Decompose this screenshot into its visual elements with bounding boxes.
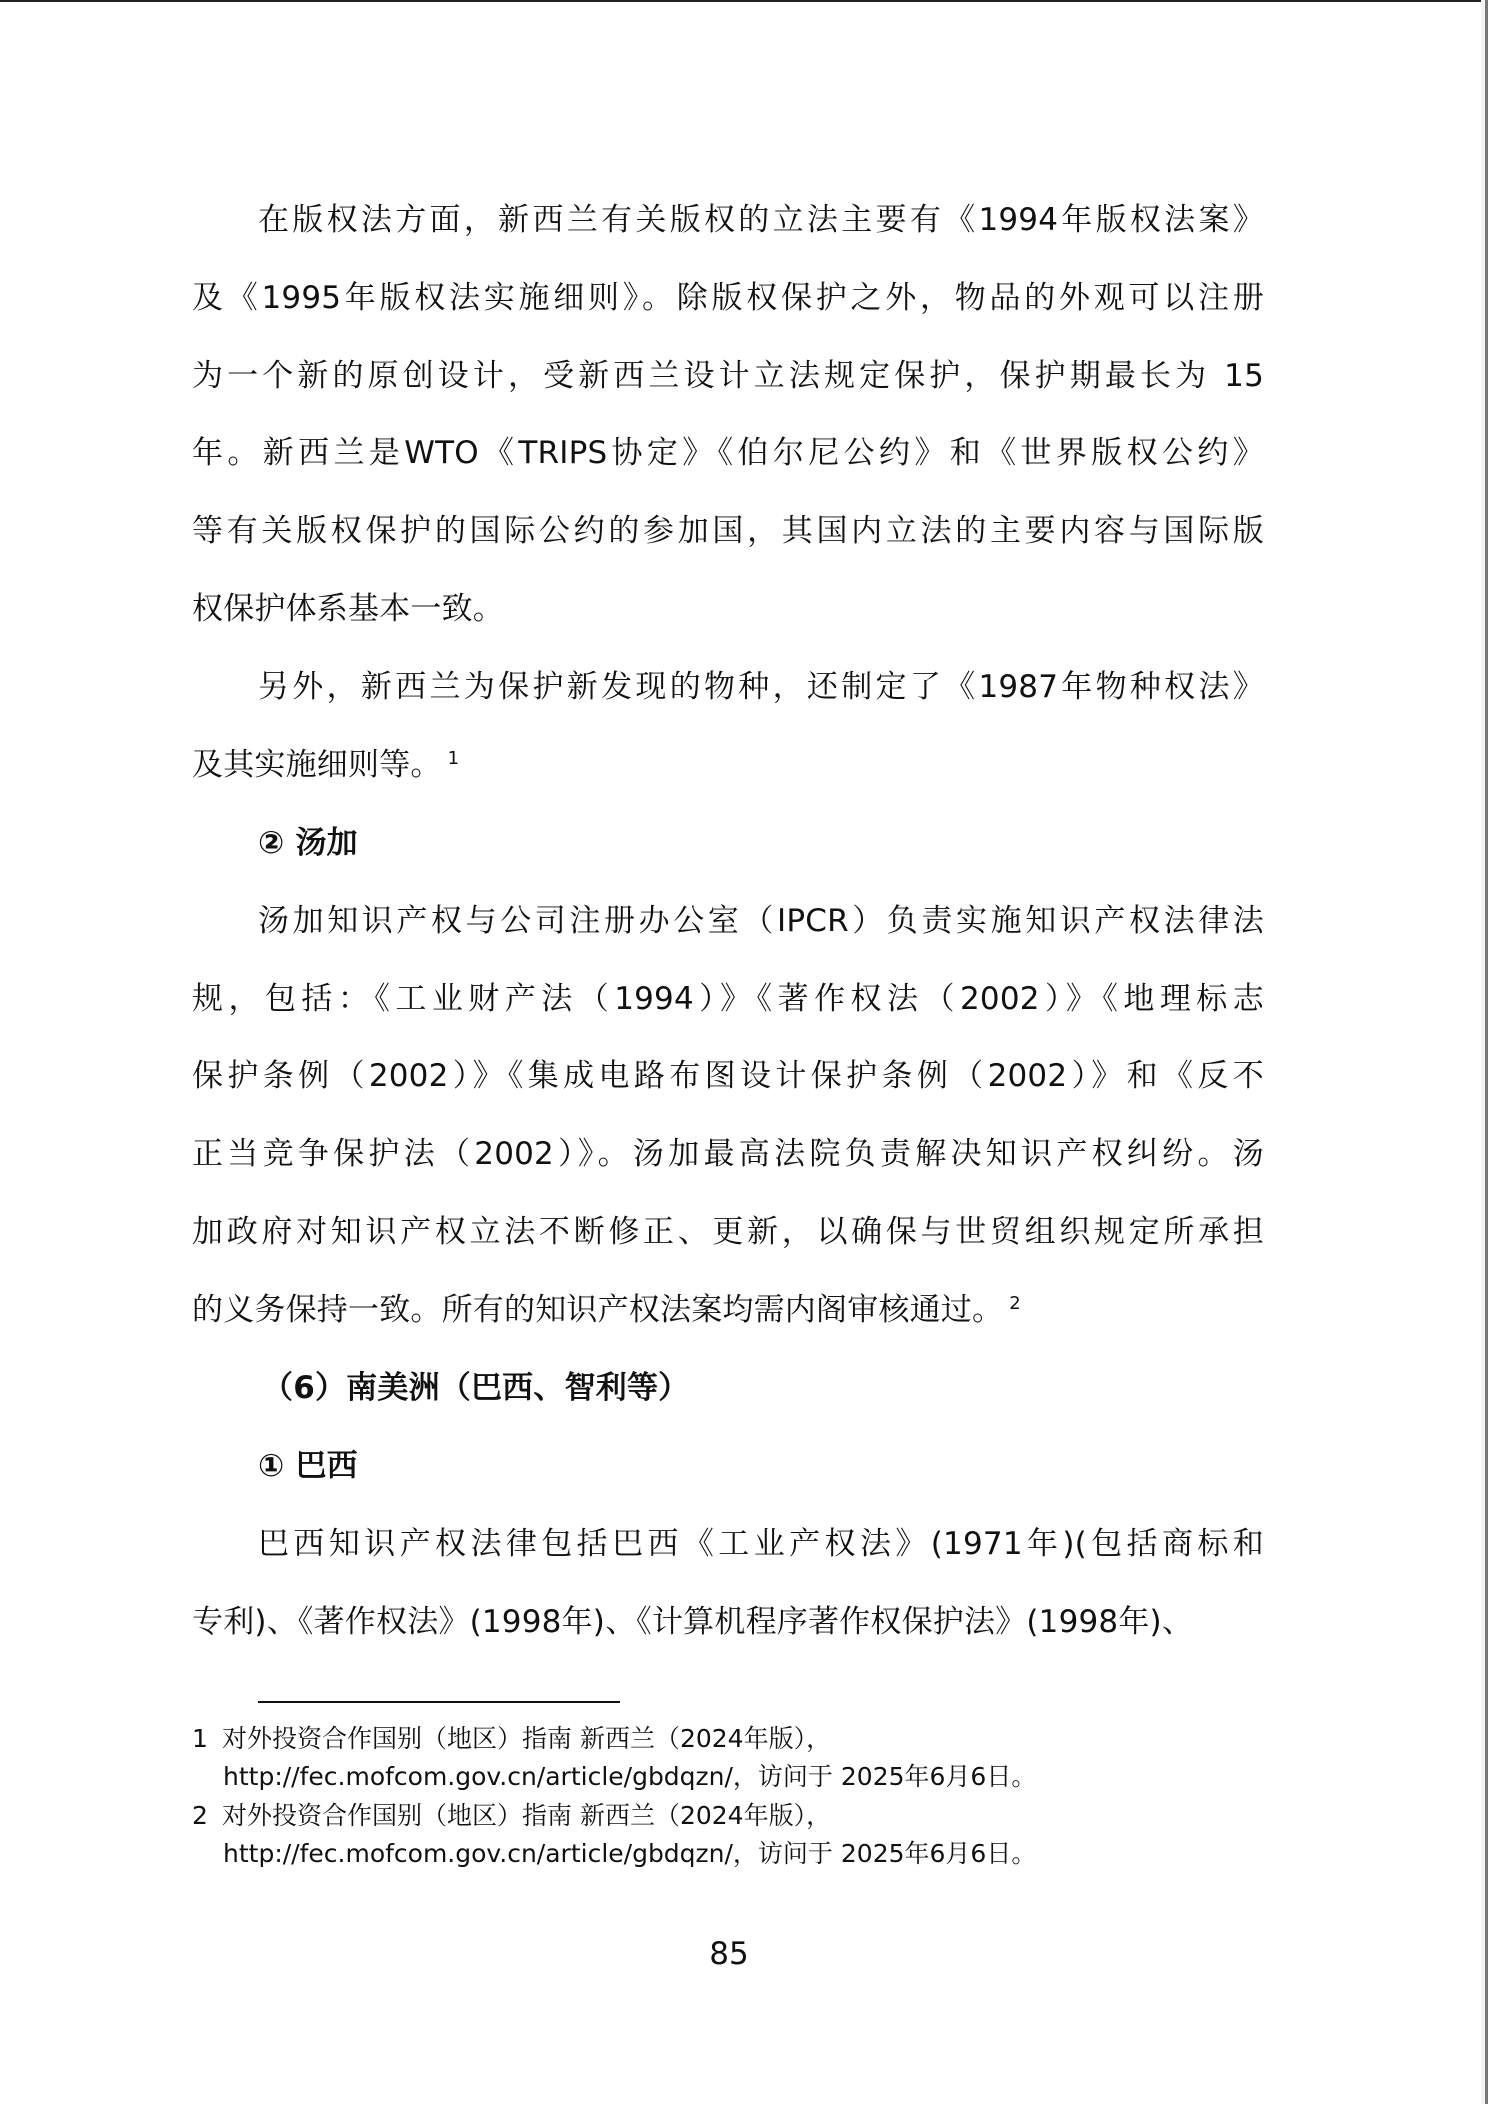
section-heading-south-america: （6）南美洲（巴西、智利等） [262,1368,1334,1408]
footnote-1: 1对外投资合作国别（地区）指南 新西兰（2024年版）， [192,1724,831,1754]
text-line: 另外，新西兰为保护新发现的物种，还制定了《1987年物种权法》 [258,667,1264,707]
footnote-1-link-line[interactable]: http://fec.mofcom.gov.cn/article/gbdqzn/… [223,1762,1036,1792]
text-line: 权保护体系基本一致。 [192,589,1264,629]
footnote-number: 2 [192,1801,222,1831]
text-line: 为一个新的原创设计，受新西兰设计立法规定保护，保护期最长为 15 [192,356,1264,396]
footnote-2-link-line[interactable]: http://fec.mofcom.gov.cn/article/gbdqzn/… [223,1839,1036,1869]
text-line: 规，包括：《工业财产法（1994）》《著作权法（2002）》《地理标志 [192,979,1264,1019]
text-line-with-footnote: 的义务保持一致。所有的知识产权法案均需内阁审核通过。2 [192,1290,1264,1330]
footnote-source: 对外投资合作国别（地区）指南 新西兰（2024年版）， [222,1724,831,1753]
text-line: 保护条例（2002）》《集成电路布图设计保护条例（2002）》和《反不 [192,1056,1264,1096]
text-line: 及《1995年版权法实施细则》。除版权保护之外，物品的外观可以注册 [192,278,1264,318]
page-top-border [0,0,1488,2]
page-number: 85 [0,1936,1458,1972]
text-line: 等有关版权保护的国际公约的参加国，其国内立法的主要内容与国际版 [192,511,1264,551]
text-line: 巴西知识产权法律包括巴西《工业产权法》(1971年)(包括商标和 [258,1524,1264,1564]
footnote-ref-2[interactable]: 2 [1009,1293,1021,1314]
text-line: 年。新西兰是WTO《TRIPS协定》《伯尔尼公约》和《世界版权公约》 [192,433,1264,473]
footnote-number: 1 [192,1724,222,1754]
text-span: 及其实施细则等。 [192,747,442,783]
footnote-source: 对外投资合作国别（地区）指南 新西兰（2024年版）， [222,1801,831,1830]
footnote-2: 2对外投资合作国别（地区）指南 新西兰（2024年版）， [192,1801,831,1831]
footnote-ref-1[interactable]: 1 [448,748,460,769]
section-heading-tonga: ② 汤加 [258,823,1264,863]
text-line: 专利)、《著作权法》(1998年)、《计算机程序著作权保护法》(1998年)、 [192,1602,1264,1642]
text-line: 正当竞争保护法（2002）》。汤加最高法院负责解决知识产权纠纷。汤 [192,1134,1264,1174]
text-line: 在版权法方面，新西兰有关版权的立法主要有《1994年版权法案》 [258,200,1264,240]
text-span: 的义务保持一致。所有的知识产权法案均需内阁审核通过。 [192,1292,1003,1328]
text-line: 汤加知识产权与公司注册办公室（IPCR）负责实施知识产权法律法 [258,901,1264,941]
text-line-with-footnote: 及其实施细则等。1 [192,745,1264,785]
section-heading-brazil: ① 巴西 [258,1446,1264,1486]
footnote-separator [258,1701,620,1703]
text-line: 加政府对知识产权立法不断修正、更新，以确保与世贸组织规定所承担 [192,1212,1264,1252]
